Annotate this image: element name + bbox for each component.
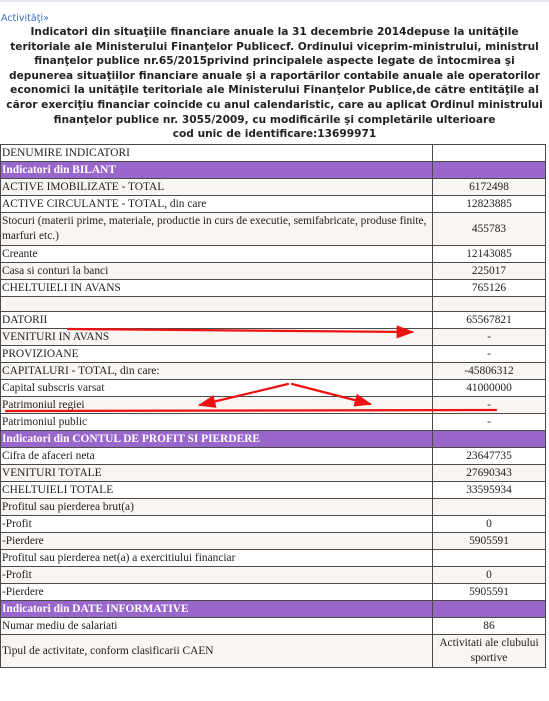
title-line: teritoriale ale Ministerului Finanţelor … <box>0 40 549 55</box>
indicator-value: - <box>433 414 546 431</box>
section-header-row: Indicatori din CONTUL DE PROFIT SI PIERD… <box>1 431 546 448</box>
indicator-label: -Profit <box>1 567 433 584</box>
indicator-label: CHELTUIELI TOTALE <box>1 482 433 499</box>
table-header-row: DENUMIRE INDICATORI <box>1 145 546 162</box>
table-row: ACTIVE CIRCULANTE - TOTAL, din care12823… <box>1 196 546 213</box>
indicator-value: 0 <box>433 516 546 533</box>
indicator-label: Creante <box>1 246 433 263</box>
title-line: Indicatori din situaţiile financiare anu… <box>0 25 549 40</box>
indicator-value: 86 <box>433 618 546 635</box>
indicator-label: -Profit <box>1 516 433 533</box>
table-row: -Pierdere5905591 <box>1 533 546 550</box>
table-row: Cifra de afaceri neta23647735 <box>1 448 546 465</box>
indicator-label: -Pierdere <box>1 584 433 601</box>
indicator-label: Casa si conturi la banci <box>1 263 433 280</box>
table-row: Casa si conturi la banci225017 <box>1 263 546 280</box>
indicator-value <box>433 162 546 179</box>
table-row: VENITURI IN AVANS- <box>1 329 546 346</box>
indicator-label: VENITURI IN AVANS <box>1 329 433 346</box>
indicator-value <box>433 297 546 312</box>
breadcrumb-activitati-link[interactable]: Activităţi» <box>1 13 49 24</box>
section-header-row: Indicatori din DATE INFORMATIVE <box>1 601 546 618</box>
indicator-value: 6172498 <box>433 179 546 196</box>
indicator-value <box>433 601 546 618</box>
table-row: PROVIZIOANE- <box>1 346 546 363</box>
title-line: cod unic de identificare:13699971 <box>0 127 549 142</box>
table-row: CHELTUIELI TOTALE33595934 <box>1 482 546 499</box>
table-row: Capital subscris varsat41000000 <box>1 380 546 397</box>
indicator-value: 12823885 <box>433 196 546 213</box>
title-line: căror exerciţiu financiar coincide cu an… <box>0 98 549 113</box>
table-row: Numar mediu de salariati86 <box>1 618 546 635</box>
indicator-label: ACTIVE CIRCULANTE - TOTAL, din care <box>1 196 433 213</box>
section-title: Indicatori din DATE INFORMATIVE <box>1 601 433 618</box>
table-row: Tipul de activitate, conform clasificari… <box>1 635 546 668</box>
table-row: CAPITALURI - TOTAL, din care:-45806312 <box>1 363 546 380</box>
title-line: finanţelor publice nr. 3055/2009, cu mod… <box>0 113 549 128</box>
indicator-value: - <box>433 329 546 346</box>
indicator-value: 455783 <box>433 213 546 246</box>
indicator-label: Profitul sau pierderea brut(a) <box>1 499 433 516</box>
indicator-value: - <box>433 397 546 414</box>
table-row: -Pierdere5905591 <box>1 584 546 601</box>
section-header-row: Indicatori din BILANT <box>1 162 546 179</box>
indicator-value: Activitati ale clubului sportive <box>433 635 546 668</box>
indicator-label: Tipul de activitate, conform clasificari… <box>1 635 433 668</box>
indicator-label: Numar mediu de salariati <box>1 618 433 635</box>
indicator-value <box>433 431 546 448</box>
table-row: Patrimoniul public- <box>1 414 546 431</box>
table-row: Profitul sau pierderea brut(a) <box>1 499 546 516</box>
table-row: Patrimoniul regiei- <box>1 397 546 414</box>
table-row: CHELTUIELI IN AVANS765126 <box>1 280 546 297</box>
blank-row <box>1 297 546 312</box>
indicators-table: DENUMIRE INDICATORI Indicatori din BILAN… <box>0 144 546 668</box>
indicator-value: 5905591 <box>433 584 546 601</box>
header-label: DENUMIRE INDICATORI <box>1 145 433 162</box>
indicator-value: 23647735 <box>433 448 546 465</box>
table-row: Profitul sau pierderea net(a) a exerciti… <box>1 550 546 567</box>
indicator-label: VENITURI TOTALE <box>1 465 433 482</box>
indicator-label: Stocuri (materii prime, materiale, produ… <box>1 213 433 246</box>
title-line: finanţelor publice nr.65/2015privind pri… <box>0 54 549 69</box>
indicator-label: CHELTUIELI IN AVANS <box>1 280 433 297</box>
indicator-label: ACTIVE IMOBILIZATE - TOTAL <box>1 179 433 196</box>
indicator-value: 33595934 <box>433 482 546 499</box>
table-row: -Profit0 <box>1 567 546 584</box>
indicator-value: 765126 <box>433 280 546 297</box>
indicator-value: 5905591 <box>433 533 546 550</box>
table-row: -Profit0 <box>1 516 546 533</box>
table-row: Stocuri (materii prime, materiale, produ… <box>1 213 546 246</box>
indicator-label <box>1 297 433 312</box>
indicator-label: DATORII <box>1 312 433 329</box>
indicator-value: 27690343 <box>433 465 546 482</box>
indicator-value: 225017 <box>433 263 546 280</box>
indicator-label: CAPITALURI - TOTAL, din care: <box>1 363 433 380</box>
indicator-value: 0 <box>433 567 546 584</box>
table-row: Creante12143085 <box>1 246 546 263</box>
title-line: economici la unităţile teritoriale ale M… <box>0 83 549 98</box>
table-row: DATORII65567821 <box>1 312 546 329</box>
indicator-value: 12143085 <box>433 246 546 263</box>
indicator-value: -45806312 <box>433 363 546 380</box>
top-border <box>0 0 549 2</box>
indicator-label: -Pierdere <box>1 533 433 550</box>
indicator-label: Profitul sau pierderea net(a) a exerciti… <box>1 550 433 567</box>
indicator-value <box>433 550 546 567</box>
indicator-label: Patrimoniul public <box>1 414 433 431</box>
table-row: ACTIVE IMOBILIZATE - TOTAL6172498 <box>1 179 546 196</box>
title-line: depunerea situaţiilor financiare anuale … <box>0 69 549 84</box>
page-title: Indicatori din situaţiile financiare anu… <box>0 25 549 142</box>
section-title: Indicatori din CONTUL DE PROFIT SI PIERD… <box>1 431 433 448</box>
indicator-value: - <box>433 346 546 363</box>
indicator-value <box>433 499 546 516</box>
section-title: Indicatori din BILANT <box>1 162 433 179</box>
indicator-label: Capital subscris varsat <box>1 380 433 397</box>
indicator-value: 65567821 <box>433 312 546 329</box>
indicator-value: 41000000 <box>433 380 546 397</box>
indicator-label: Cifra de afaceri neta <box>1 448 433 465</box>
indicator-label: Patrimoniul regiei <box>1 397 433 414</box>
header-value <box>433 145 546 162</box>
indicator-label: PROVIZIOANE <box>1 346 433 363</box>
table-row: VENITURI TOTALE27690343 <box>1 465 546 482</box>
